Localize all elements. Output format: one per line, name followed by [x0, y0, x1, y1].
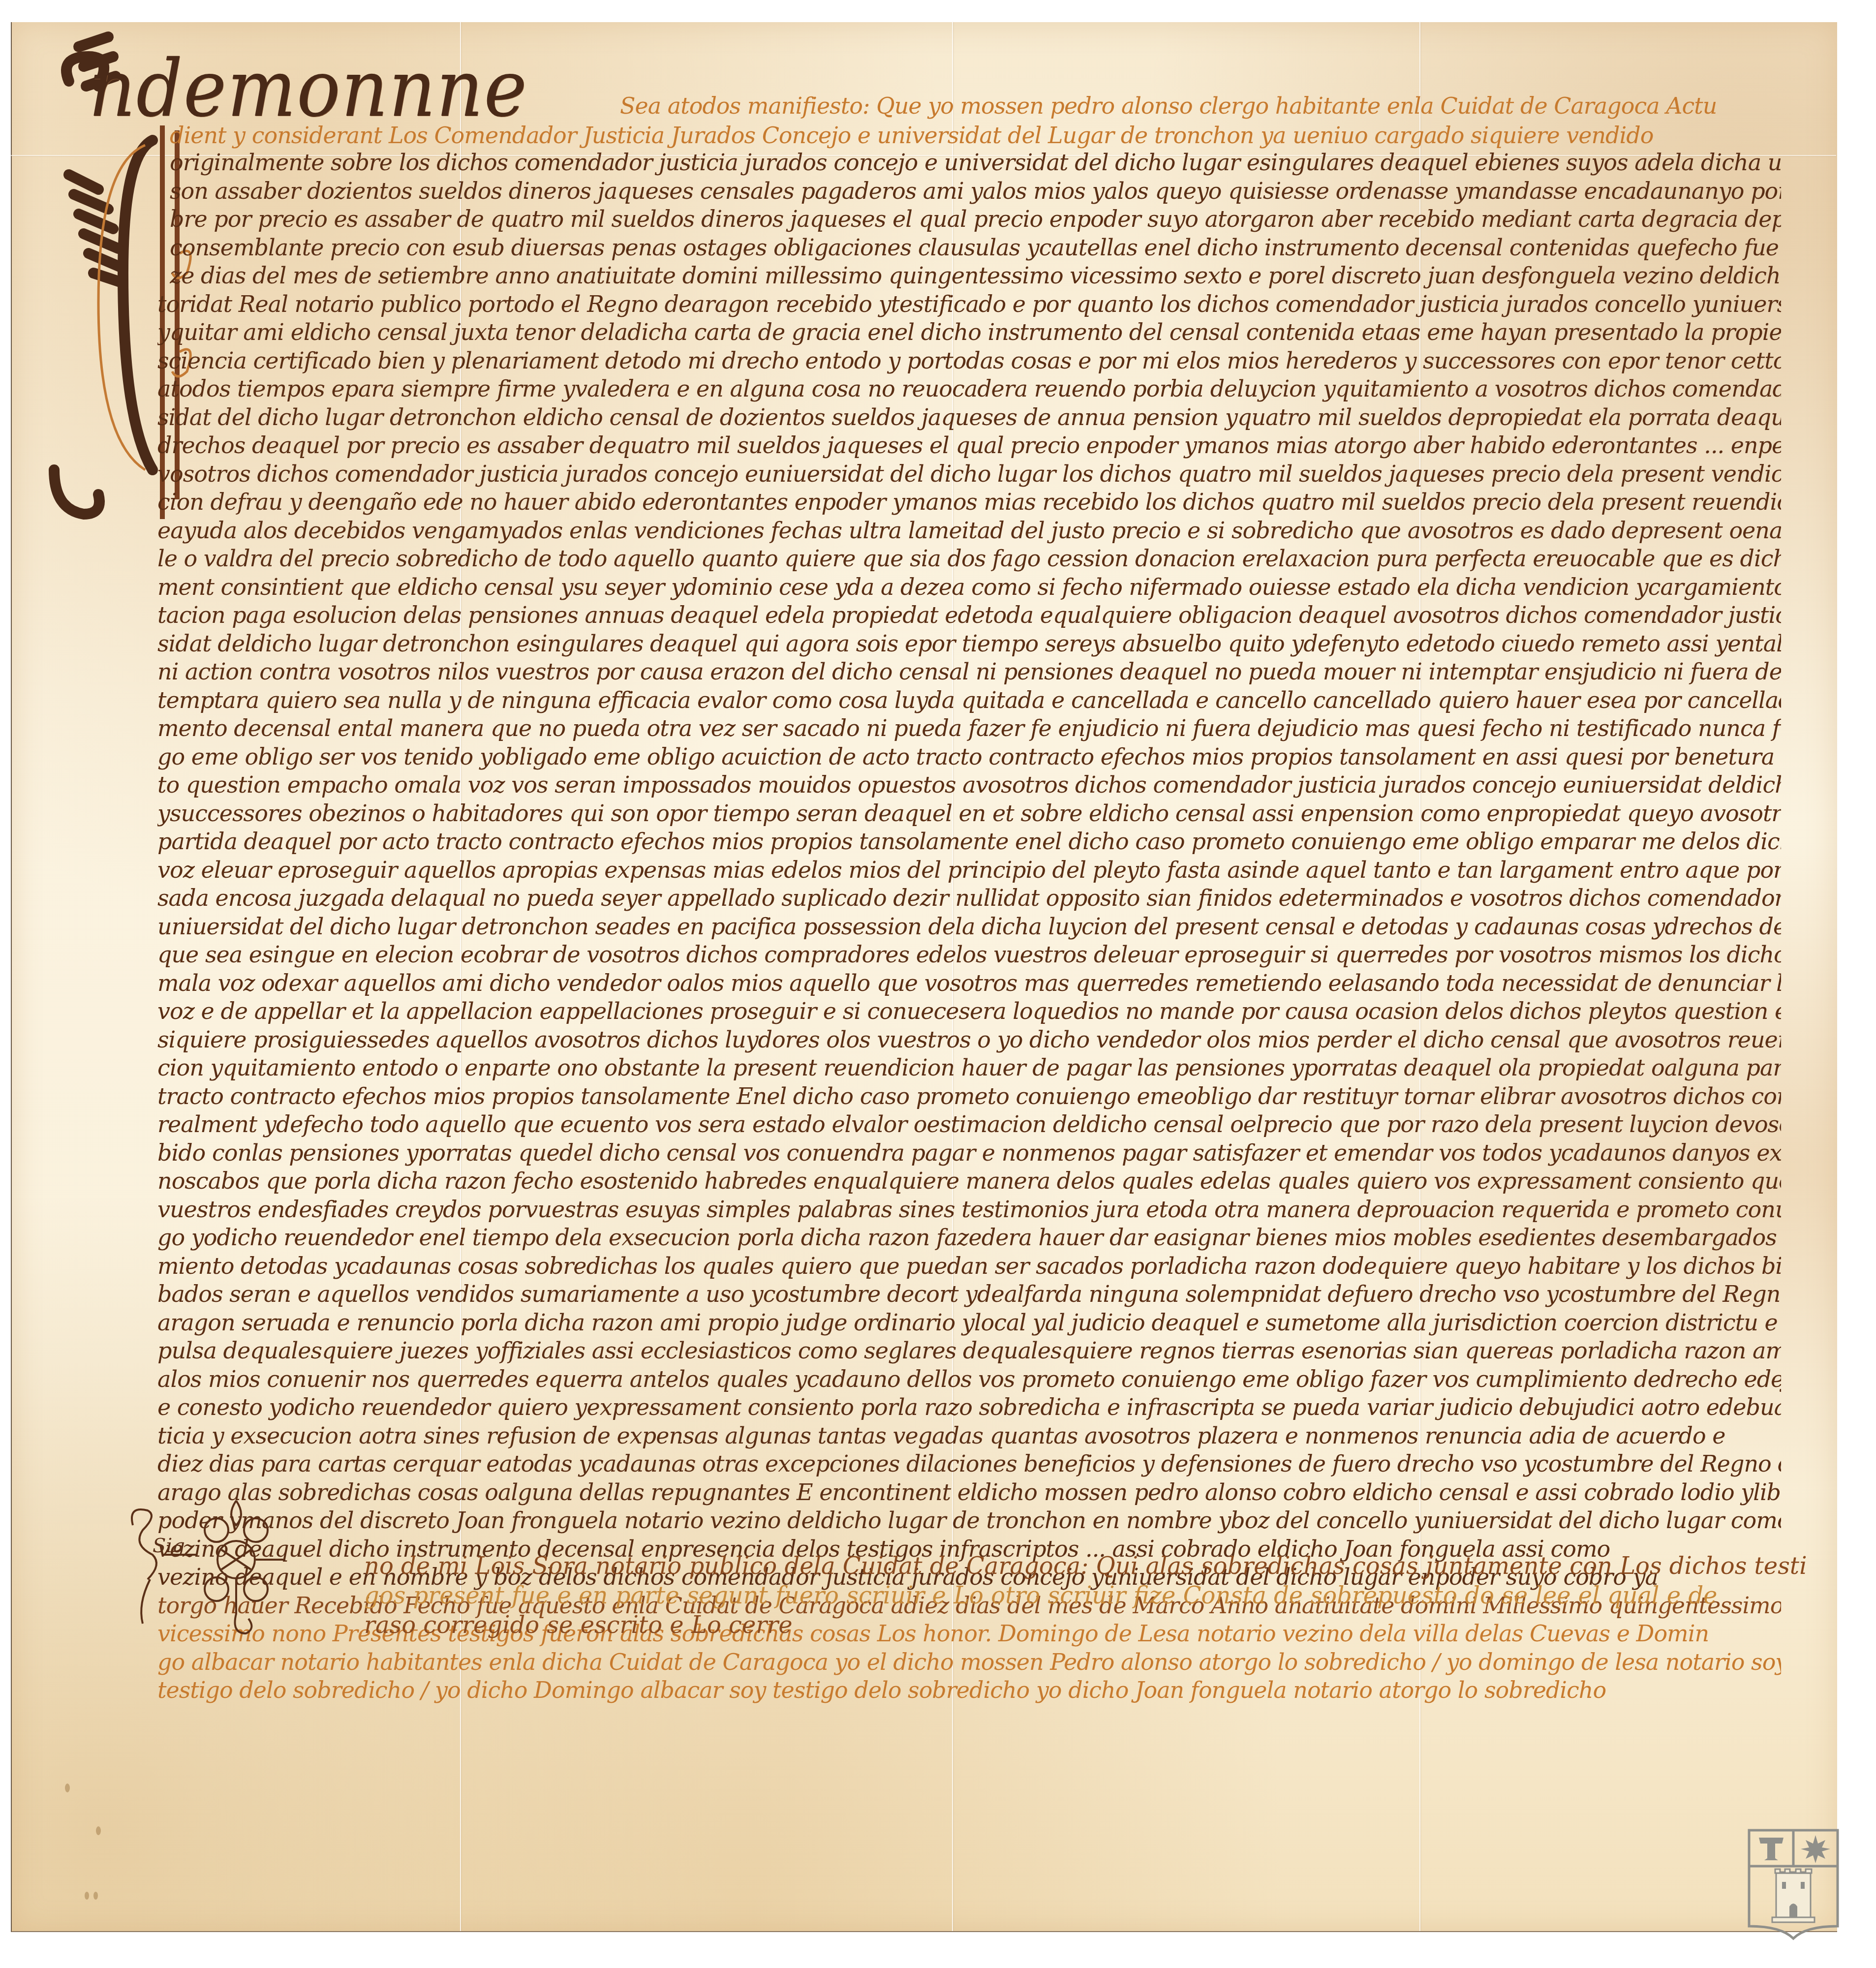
manuscript-line: atodos tiempos epara siempre firme yvale… — [157, 374, 1781, 403]
manuscript-line: partida deaquel por acto tracto contract… — [157, 827, 1781, 856]
manuscript-line: vosotros dichos comendador justicia jura… — [157, 459, 1781, 489]
manuscript-line: le o valdra del precio sobredicho de tod… — [157, 544, 1781, 573]
manuscript-line: sidat del dicho lugar detronchon eldicho… — [157, 402, 1781, 432]
manuscript-line: sada encosa juzgada delaqual no pueda se… — [157, 883, 1781, 913]
manuscript-line: bido conlas pensiones yporratas quedel d… — [157, 1138, 1781, 1168]
manuscript-line: ticia y exsecucion aotra sines refusion … — [157, 1421, 1781, 1450]
manuscript-line: testigo delo sobredicho / yo dicho Domin… — [157, 1675, 1781, 1705]
manuscript-line: aragon seruada e renuncio porla dicha ra… — [157, 1308, 1781, 1337]
manuscript-line: mento decensal ental manera que no pueda… — [157, 713, 1781, 743]
manuscript-line: realment ydefecho todo aquello que ecuen… — [157, 1109, 1781, 1139]
manuscript-line: yquitar ami eldicho censal juxta tenor d… — [157, 317, 1781, 347]
manuscript-line: go yodicho reuendedor enel tiempo dela e… — [157, 1223, 1781, 1252]
manuscript-line: alos mios conuenir nos querredes equerra… — [157, 1364, 1781, 1394]
manuscript-line: vuestros endesfiades creydos porvuestras… — [157, 1195, 1781, 1224]
manuscript-line: drechos deaquel por precio es assaber de… — [157, 430, 1781, 460]
manuscript-line: temptara quiero sea nulla y de ninguna e… — [157, 685, 1781, 715]
manuscript-line: noscabos que porla dicha razon fecho eso… — [157, 1166, 1781, 1196]
manuscript-line: Sea atodos manifiesto: Que yo mossen ped… — [620, 91, 1781, 121]
manuscript-line: bre por precio es assaber de quatro mil … — [170, 204, 1781, 234]
manuscript-line: ze dias del mes de setiembre anno anatiu… — [170, 261, 1781, 290]
manuscript-line: uniuersidat del dicho lugar detronchon s… — [157, 912, 1781, 941]
notary-subscription-line: raso corregido se escrito e Lo cerre — [364, 1611, 793, 1639]
notary-subscription-line: no de mi Lois Sora notario publico dela … — [364, 1552, 1807, 1580]
manuscript-line: cion defrau y deengaño ede no hauer abid… — [157, 487, 1781, 517]
manuscript-line: ni action contra vosotros nilos vuestros… — [157, 657, 1781, 686]
manuscript-line: voz eleuar eproseguir aquellos apropias … — [157, 855, 1781, 885]
manuscript-line: sidat deldicho lugar detronchon esingula… — [157, 629, 1781, 658]
manuscript-line: ment consintient que eldicho censal ysu … — [157, 572, 1781, 602]
manuscript-line: bados seran e aquellos vendidos sumariam… — [157, 1279, 1781, 1309]
ink-stain — [65, 1783, 70, 1792]
ink-stain — [96, 1826, 101, 1835]
manuscript-line: ysuccessores obezinos o habitadores qui … — [157, 799, 1781, 828]
sign-label: Sig — [153, 1535, 185, 1557]
manuscript-line: cion yquitamiento entodo o enparte ono o… — [157, 1053, 1781, 1082]
manuscript-line: diez dias para cartas cerquar eatodas yc… — [157, 1449, 1781, 1478]
manuscript-line: mala voz odexar aquellos ami dicho vende… — [157, 968, 1781, 998]
coat-of-arms-icon — [1747, 1828, 1840, 1941]
manuscript-line: son assaber dozientos sueldos dineros ja… — [170, 176, 1781, 206]
manuscript-line: go albacar notario habitantes enla dicha… — [157, 1647, 1781, 1677]
incipit-heading: ndemonnne — [89, 49, 527, 128]
manuscript-line: voz e de appellar et la appellacion eapp… — [157, 996, 1781, 1026]
manuscript-line: sciencia certificado bien y plenariament… — [157, 346, 1781, 375]
manuscript-line: que sea esingue en elecion ecobrar de vo… — [157, 940, 1781, 969]
manuscript-line: dient y considerant Los Comendador Justi… — [170, 121, 1781, 150]
manuscript-line: consemblante precio con esub diuersas pe… — [170, 233, 1781, 262]
manuscript-line: miento detodas ycadaunas cosas sobredich… — [157, 1251, 1781, 1281]
manuscript-line: toridat Real notario publico portodo el … — [157, 289, 1781, 319]
manuscript-line: pulsa dequalesquiere juezes yoffiziales … — [157, 1336, 1781, 1365]
manuscript-line: go eme obligo ser vos tenido yobligado e… — [157, 742, 1781, 771]
manuscript-line: e conesto yodicho reuendedor quiero yexp… — [157, 1392, 1781, 1422]
notary-subscription-line: gos present fue e en parte segunt fuero … — [364, 1582, 1718, 1609]
manuscript-line: siquiere prosiguiessedes aquellos avosot… — [157, 1025, 1781, 1054]
manuscript-line: eayuda alos decebidos vengamyados enlas … — [157, 516, 1781, 545]
manuscript-line: tacion paga esolucion delas pensiones an… — [157, 600, 1781, 630]
manuscript-line: to question empacho omala voz vos seran … — [157, 770, 1781, 799]
ink-stain — [85, 1892, 89, 1900]
ink-stain — [93, 1892, 98, 1900]
manuscript-line: tracto contracto efechos mios propios ta… — [157, 1081, 1781, 1111]
manuscript-line: originalmente sobre los dichos comendado… — [170, 148, 1781, 177]
